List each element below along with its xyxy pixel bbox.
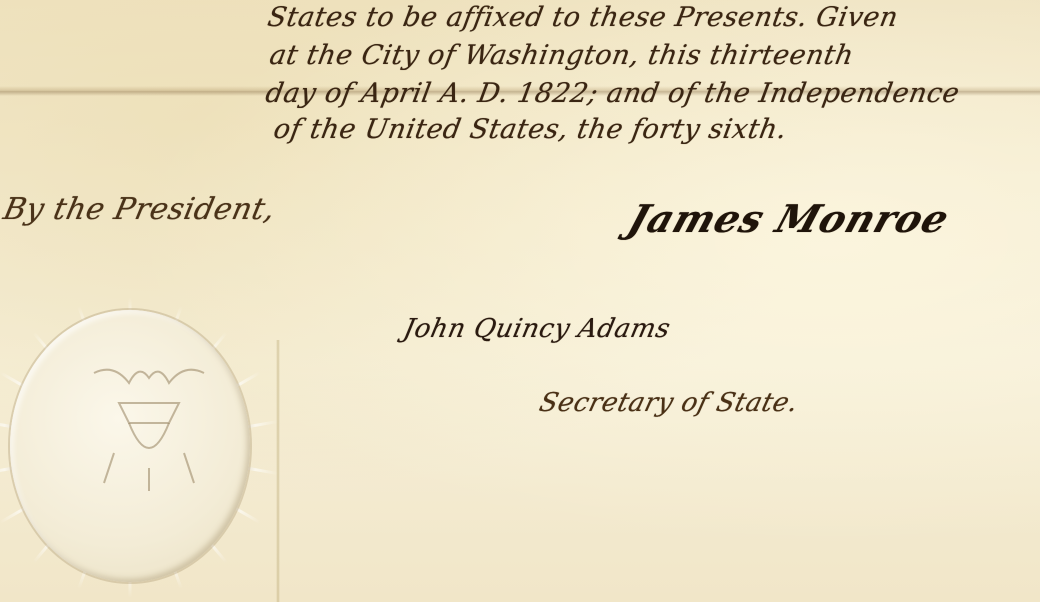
secretary-signature: John Quincy Adams [401, 314, 673, 344]
document-text-line-3: day of April A. D. 1822; and of the Inde… [263, 78, 962, 109]
secretary-title: Secretary of State. [536, 388, 801, 418]
seal-disc [10, 310, 250, 582]
document-text-line-1: States to be affixed to these Presents. … [265, 2, 900, 33]
document-text-line-2: at the City of Washington, this thirteen… [267, 40, 856, 71]
eagle-icon [84, 333, 214, 493]
document-text-line-4: of the United States, the forty sixth. [271, 114, 789, 145]
president-signature: James Monroe [623, 196, 956, 241]
attestation-text: By the President, [0, 192, 278, 227]
embossed-seal [0, 250, 310, 602]
